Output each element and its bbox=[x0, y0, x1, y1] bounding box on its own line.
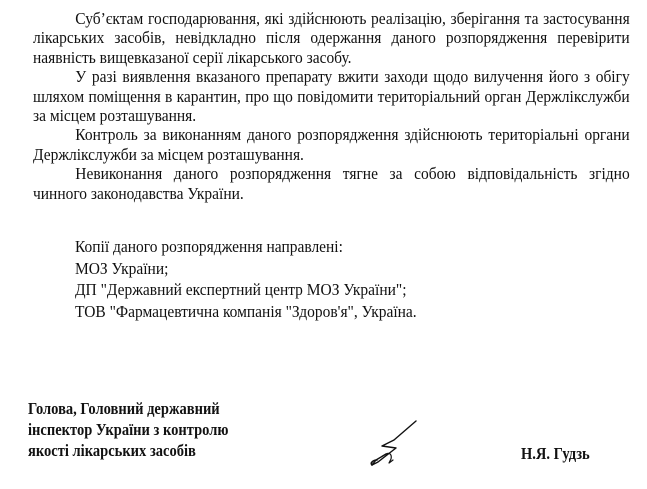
copies-recipient: ТОВ "Фармацевтична компанія "Здоров'я", … bbox=[75, 301, 417, 323]
signer-title-line: якості лікарських засобів bbox=[28, 440, 228, 461]
document-body: Суб’єктам господарювання, які здійснюють… bbox=[33, 9, 570, 203]
signer-title-line: Голова, Головний державний bbox=[28, 398, 228, 419]
paragraph-inspection-order: Суб’єктам господарювання, які здійснюють… bbox=[33, 9, 630, 67]
copies-recipient: МОЗ України; bbox=[75, 258, 417, 280]
paragraph-control: Контроль за виконанням даного розпорядже… bbox=[33, 125, 630, 164]
copies-recipient: ДП "Державний експертний центр МОЗ Украї… bbox=[75, 279, 417, 301]
paragraph-quarantine-order: У разі виявлення вказаного препарату вжи… bbox=[33, 67, 630, 125]
signature-icon bbox=[364, 418, 424, 468]
copies-heading: Копії даного розпорядження направлені: bbox=[75, 236, 417, 258]
copies-distribution: Копії даного розпорядження направлені: М… bbox=[75, 236, 417, 322]
signer-title: Голова, Головний державний інспектор Укр… bbox=[28, 398, 228, 461]
signer-title-line: інспектор України з контролю bbox=[28, 419, 228, 440]
document-page: Суб’єктам господарювання, які здійснюють… bbox=[0, 0, 647, 489]
paragraph-liability: Невиконання даного розпорядження тягне з… bbox=[33, 164, 630, 203]
signer-name: Н.Я. Гудзь bbox=[521, 444, 590, 464]
